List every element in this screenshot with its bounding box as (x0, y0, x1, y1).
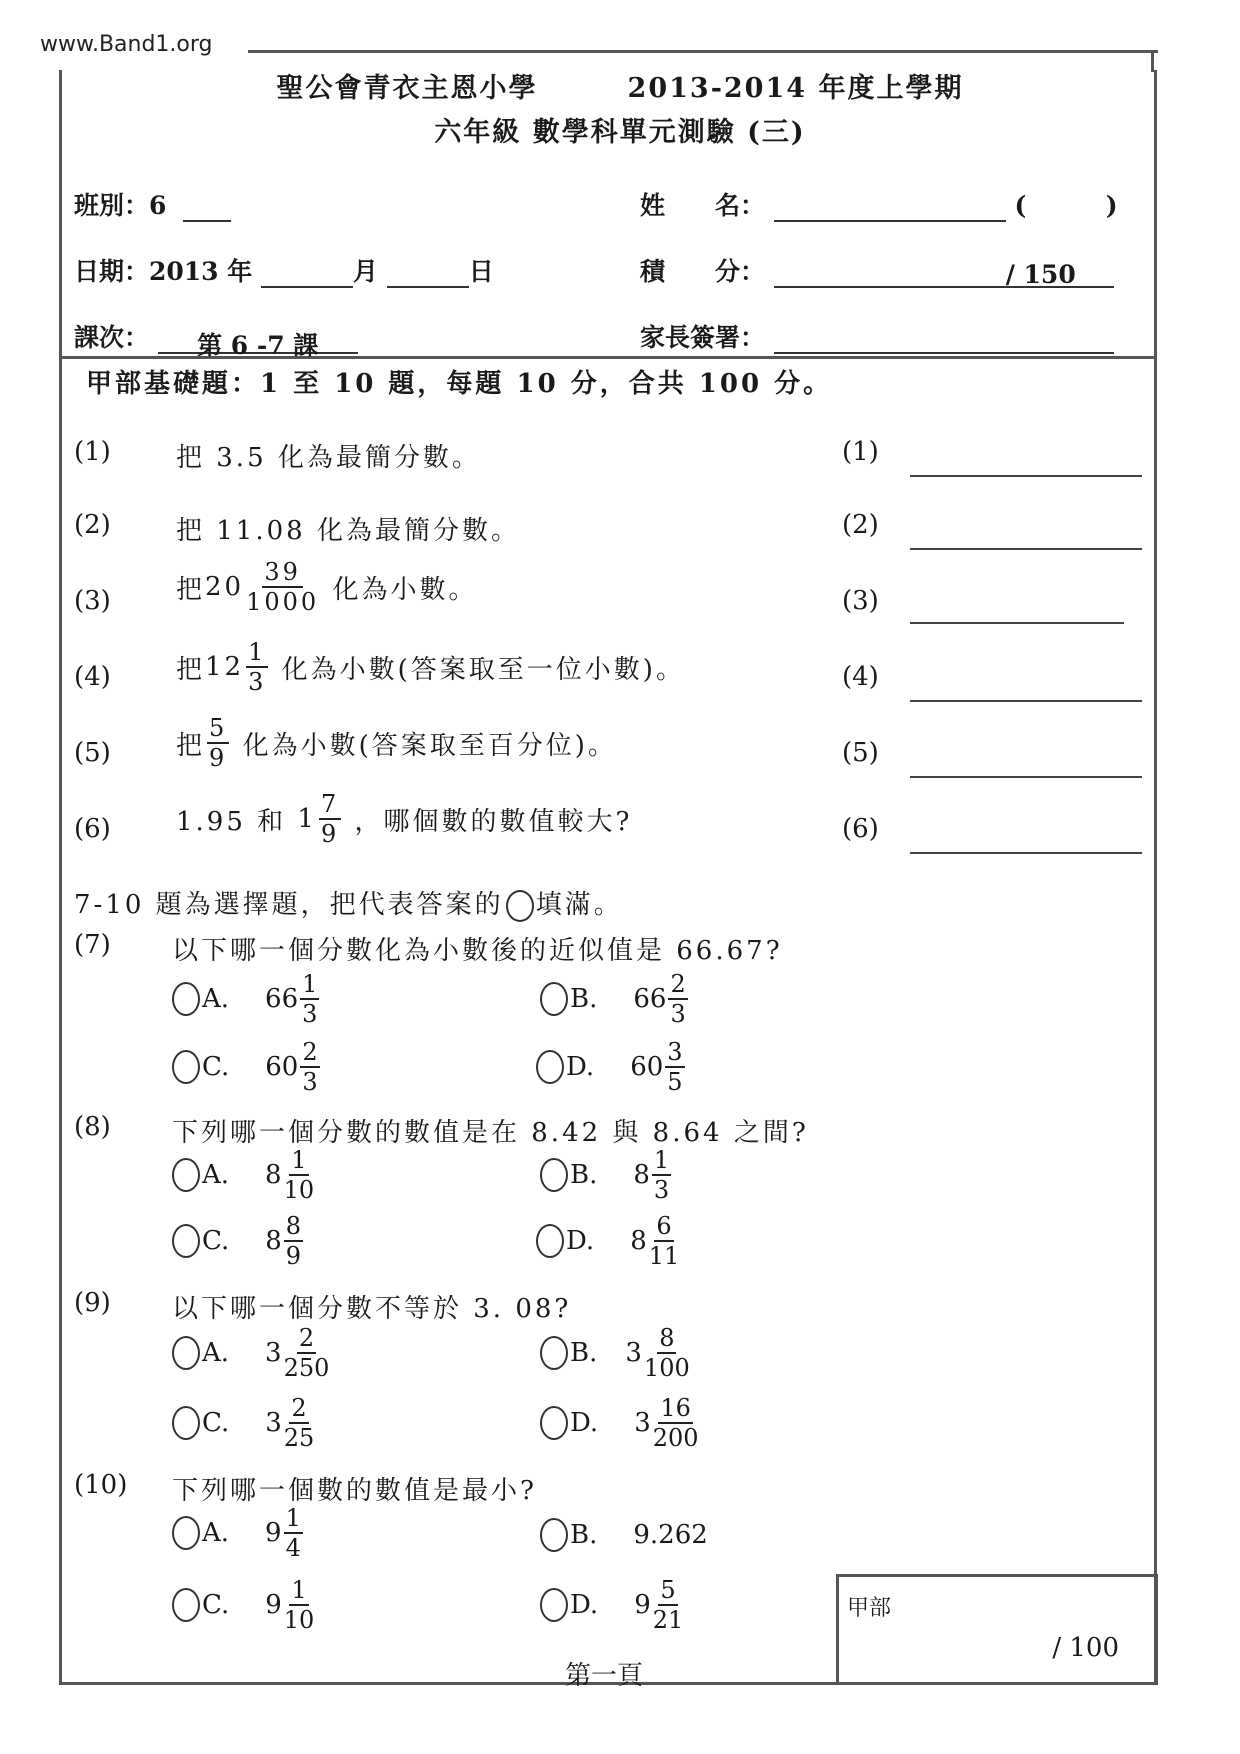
month-label: 月 (353, 257, 378, 286)
question-number: (3) (74, 586, 111, 616)
score-total: / 150 (1006, 260, 1076, 289)
option-label: C. (202, 1226, 229, 1256)
name-field: 姓 名： ( ) (640, 186, 1118, 222)
fraction: 23 (668, 972, 687, 1026)
bubble-icon[interactable] (172, 1050, 200, 1084)
answer-line-4[interactable] (910, 700, 1142, 702)
denominator: 10 (284, 1606, 315, 1632)
denominator: 9 (209, 744, 227, 770)
answer-line-1[interactable] (910, 475, 1142, 477)
denominator: 1000 (246, 588, 319, 614)
mc-instruction-text-end: 填滿。 (536, 890, 623, 920)
bubble-icon[interactable] (540, 1406, 568, 1440)
bubble-icon[interactable] (172, 1588, 200, 1622)
fraction: 391000 (246, 560, 319, 614)
denominator: 200 (653, 1424, 699, 1450)
date-label: 日期：2013 年 (74, 257, 252, 286)
option-label: C. (202, 1052, 229, 1082)
page-number: 第一頁 (565, 1655, 643, 1692)
question-suffix: 化為小數。 (332, 569, 477, 606)
section-a-score-box: 甲部 / 100 (836, 1574, 1158, 1685)
question-suffix: 化為小數(答案取至百分位)。 (243, 725, 617, 762)
question-number: (4) (74, 662, 111, 692)
option-label: A. (202, 984, 229, 1014)
numerator: 8 (284, 1214, 303, 1242)
numerator: 7 (319, 792, 341, 820)
score-box-total: / 100 (1052, 1633, 1119, 1663)
answer-label: (2) (842, 510, 879, 540)
mixed-whole: 9 (265, 1518, 282, 1548)
lesson-field: 課次： 第 6 -7 課 (74, 318, 358, 354)
mixed-whole: 3 (634, 1408, 651, 1438)
denominator: 3 (654, 1176, 669, 1202)
term: 2013-2014 年度上學期 (628, 73, 964, 104)
watermark: www.Band1.org (40, 32, 213, 57)
option-10d[interactable]: D.9521 (540, 1578, 685, 1632)
numerator: 2 (297, 1326, 316, 1354)
parent-signature-label: 家長簽署： (640, 323, 765, 352)
numerator: 1 (652, 1148, 671, 1176)
frame-top-border (248, 50, 1158, 53)
numerator: 5 (207, 716, 229, 744)
circle-icon (506, 890, 534, 922)
question-number: (8) (74, 1112, 111, 1142)
fraction: 225 (284, 1396, 315, 1450)
fraction: 16200 (653, 1396, 699, 1450)
mixed-whole: 60 (265, 1052, 298, 1082)
option-label: B. (570, 984, 597, 1014)
mixed-whole: 8 (630, 1226, 647, 1256)
question-text: 下列哪一個分數的數值是在 8.42 與 8.64 之間? (172, 1112, 809, 1149)
option-label: B. (570, 1338, 597, 1368)
numerator: 39 (262, 560, 303, 588)
question-suffix: 化為小數(答案取至一位小數)。 (282, 649, 685, 686)
option-label: A. (202, 1160, 229, 1190)
bubble-icon[interactable] (540, 1588, 568, 1622)
question-suffix: ，哪個數的數值較大? (355, 801, 633, 838)
denominator: 11 (649, 1242, 680, 1268)
answer-label: (3) (842, 586, 879, 616)
numerator: 1 (246, 640, 268, 668)
option-9d[interactable]: D.316200 (540, 1396, 701, 1450)
question-number: (1) (74, 437, 111, 467)
answer-label: (5) (842, 738, 879, 768)
fraction: 89 (284, 1214, 303, 1268)
day-input[interactable] (387, 260, 469, 288)
question-text: 以下哪一個分數化為小數後的近似值是 66.67? (172, 930, 783, 967)
parent-signature-input[interactable] (774, 326, 1114, 354)
class-label: 班別：6 (74, 191, 166, 220)
month-input[interactable] (261, 260, 353, 288)
question-number: (2) (74, 510, 111, 540)
question-number: (5) (74, 738, 111, 768)
question-number: (7) (74, 930, 111, 960)
fraction: 59 (207, 716, 229, 770)
denominator: 21 (653, 1606, 684, 1632)
fraction: 8100 (644, 1326, 690, 1380)
denominator: 9 (321, 820, 339, 846)
fraction: 23 (300, 1040, 319, 1094)
class-input[interactable] (183, 194, 231, 222)
bubble-icon[interactable] (540, 1336, 568, 1370)
question-prefix: 把 (176, 649, 205, 686)
answer-label: (6) (842, 814, 879, 844)
answer-line-5[interactable] (910, 776, 1142, 778)
question-text: 以下哪一個分數不等於 3. 08? (172, 1288, 571, 1325)
day-label: 日 (469, 257, 494, 286)
question-prefix: 把 (176, 725, 205, 762)
denominator: 3 (248, 668, 266, 694)
option-value: 9.262 (633, 1520, 707, 1550)
school-name: 聖公會青衣主恩小學 (277, 73, 538, 104)
mixed-whole: 9 (265, 1590, 282, 1620)
fraction: 110 (284, 1578, 315, 1632)
option-7d[interactable]: D.6035 (536, 1040, 687, 1094)
date-field: 日期：2013 年 月 日 (74, 252, 494, 288)
mixed-whole: 20 (205, 572, 244, 602)
bubble-icon[interactable] (172, 1516, 200, 1550)
denominator: 250 (284, 1354, 330, 1380)
score-label: 積 分： (640, 257, 765, 286)
mixed-whole: 3 (265, 1408, 282, 1438)
numerator: 6 (654, 1214, 673, 1242)
mixed-whole: 9 (634, 1590, 651, 1620)
option-9c[interactable]: C.3225 (172, 1396, 316, 1450)
question-text: 1.95 和 179 ，哪個數的數值較大? (176, 792, 632, 846)
denominator: 3 (302, 1068, 317, 1094)
answer-line-2[interactable] (910, 548, 1142, 550)
question-text: 把59 化為小數(答案取至百分位)。 (176, 716, 617, 770)
numerator: 3 (665, 1040, 684, 1068)
option-label: A. (202, 1518, 229, 1548)
option-label: D. (570, 1590, 598, 1620)
option-9a[interactable]: A.32250 (172, 1326, 331, 1380)
bubble-icon[interactable] (540, 1518, 568, 1552)
numerator: 1 (289, 1148, 308, 1176)
fraction: 2250 (284, 1326, 330, 1380)
option-label: C. (202, 1408, 229, 1438)
numerator: 5 (658, 1578, 677, 1606)
question-prefix: 把 (176, 569, 205, 606)
fraction: 611 (649, 1214, 680, 1268)
answer-label: (1) (842, 437, 879, 467)
option-9b[interactable]: B.38100 (540, 1326, 692, 1380)
score-box-label: 甲部 (847, 1591, 891, 1622)
fraction: 521 (653, 1578, 684, 1632)
option-label: B. (570, 1160, 597, 1190)
denominator: 9 (286, 1242, 301, 1268)
parent-signature-field: 家長簽署： (640, 318, 1114, 354)
denominator: 4 (286, 1534, 301, 1560)
mc-instruction-text: 7-10 題為選擇題，把代表答案的 (74, 890, 504, 920)
question-text: 把 3.5 化為最簡分數。 (176, 437, 481, 474)
name-input[interactable] (774, 194, 1006, 222)
mixed-whole: 12 (205, 652, 244, 682)
option-label: D. (566, 1226, 594, 1256)
mc-instruction: 7-10 題為選擇題，把代表答案的填滿。 (74, 884, 623, 922)
question-text: 把 11.08 化為最簡分數。 (176, 510, 520, 547)
numerator: 1 (300, 972, 319, 1000)
fraction: 14 (284, 1506, 303, 1560)
section-a-instruction: 甲部基礎題：1 至 10 題，每題 10 分，合共 100 分。 (86, 363, 832, 400)
mixed-whole: 66 (265, 984, 298, 1014)
bubble-icon[interactable] (540, 1158, 568, 1192)
question-prefix: 1.95 和 (176, 801, 286, 838)
option-7a[interactable]: A.6613 (172, 972, 321, 1026)
option-label: B. (570, 1520, 597, 1550)
question-number: (9) (74, 1288, 111, 1318)
fraction: 13 (246, 640, 268, 694)
option-label: D. (570, 1408, 598, 1438)
fraction: 13 (652, 1148, 671, 1202)
fraction: 79 (319, 792, 341, 846)
option-8c[interactable]: C.889 (172, 1214, 305, 1268)
bubble-icon[interactable] (172, 1224, 200, 1258)
numerator: 1 (289, 1578, 308, 1606)
option-7c[interactable]: C.6023 (172, 1040, 322, 1094)
numerator: 2 (300, 1040, 319, 1068)
numerator: 2 (289, 1396, 308, 1424)
fraction: 35 (665, 1040, 684, 1094)
denominator: 25 (284, 1424, 315, 1450)
question-number: (10) (74, 1470, 127, 1500)
bubble-icon[interactable] (172, 1406, 200, 1440)
answer-label: (4) (842, 662, 879, 692)
denominator: 5 (667, 1068, 682, 1094)
numerator: 16 (658, 1396, 693, 1424)
option-label: A. (202, 1338, 229, 1368)
option-10b[interactable]: B.9.262 (540, 1518, 708, 1552)
question-number: (6) (74, 814, 111, 844)
lesson-value: 第 6 -7 課 (158, 326, 358, 354)
lesson-label: 課次： (74, 323, 149, 352)
option-label: C. (202, 1590, 229, 1620)
bubble-icon[interactable] (172, 1336, 200, 1370)
mixed-whole: 8 (265, 1160, 282, 1190)
question-text: 下列哪一個數的數值是最小? (172, 1470, 537, 1507)
option-7b[interactable]: B.6623 (540, 972, 690, 1026)
mixed-whole: 3 (625, 1338, 642, 1368)
mixed-whole: 8 (265, 1226, 282, 1256)
name-label: 姓 名： (640, 191, 765, 220)
question-text: 把1213 化為小數(答案取至一位小數)。 (176, 640, 685, 694)
fraction: 13 (300, 972, 319, 1026)
mixed-whole: 60 (630, 1052, 663, 1082)
option-8b[interactable]: B.813 (540, 1148, 673, 1202)
class-number-paren-close: ) (1106, 191, 1118, 220)
school-title: 聖公會青衣主恩小學2013-2014 年度上學期 (0, 66, 1240, 105)
numerator: 2 (668, 972, 687, 1000)
bubble-icon[interactable] (540, 982, 568, 1016)
score-field: 積 分： / 150 (640, 252, 1114, 288)
class-field: 班別：6 (74, 186, 231, 222)
bubble-icon[interactable] (536, 1224, 564, 1258)
denominator: 100 (644, 1354, 690, 1380)
question-text: 把20391000 化為小數。 (176, 560, 477, 614)
mixed-whole: 8 (633, 1160, 650, 1190)
score-input[interactable]: / 150 (774, 260, 1114, 288)
mixed-whole: 1 (297, 804, 317, 834)
fraction: 110 (284, 1148, 315, 1202)
numerator: 1 (284, 1506, 303, 1534)
denominator: 3 (670, 1000, 685, 1026)
denominator: 3 (302, 1000, 317, 1026)
answer-line-3[interactable] (910, 622, 1124, 624)
answer-line-6[interactable] (910, 852, 1142, 854)
option-label: D. (566, 1052, 594, 1082)
option-8d[interactable]: D.8611 (536, 1214, 681, 1268)
option-10a[interactable]: A.914 (172, 1506, 305, 1560)
option-8a[interactable]: A.8110 (172, 1148, 316, 1202)
class-number-paren-open: ( (1014, 191, 1026, 220)
denominator: 10 (284, 1176, 315, 1202)
option-10c[interactable]: C.9110 (172, 1578, 316, 1632)
bubble-icon[interactable] (536, 1050, 564, 1084)
numerator: 8 (657, 1326, 676, 1354)
bubble-icon[interactable] (172, 982, 200, 1016)
mixed-whole: 66 (633, 984, 666, 1014)
test-subtitle: 六年級 數學科單元測驗 (三) (0, 110, 1240, 149)
bubble-icon[interactable] (172, 1158, 200, 1192)
mixed-whole: 3 (265, 1338, 282, 1368)
